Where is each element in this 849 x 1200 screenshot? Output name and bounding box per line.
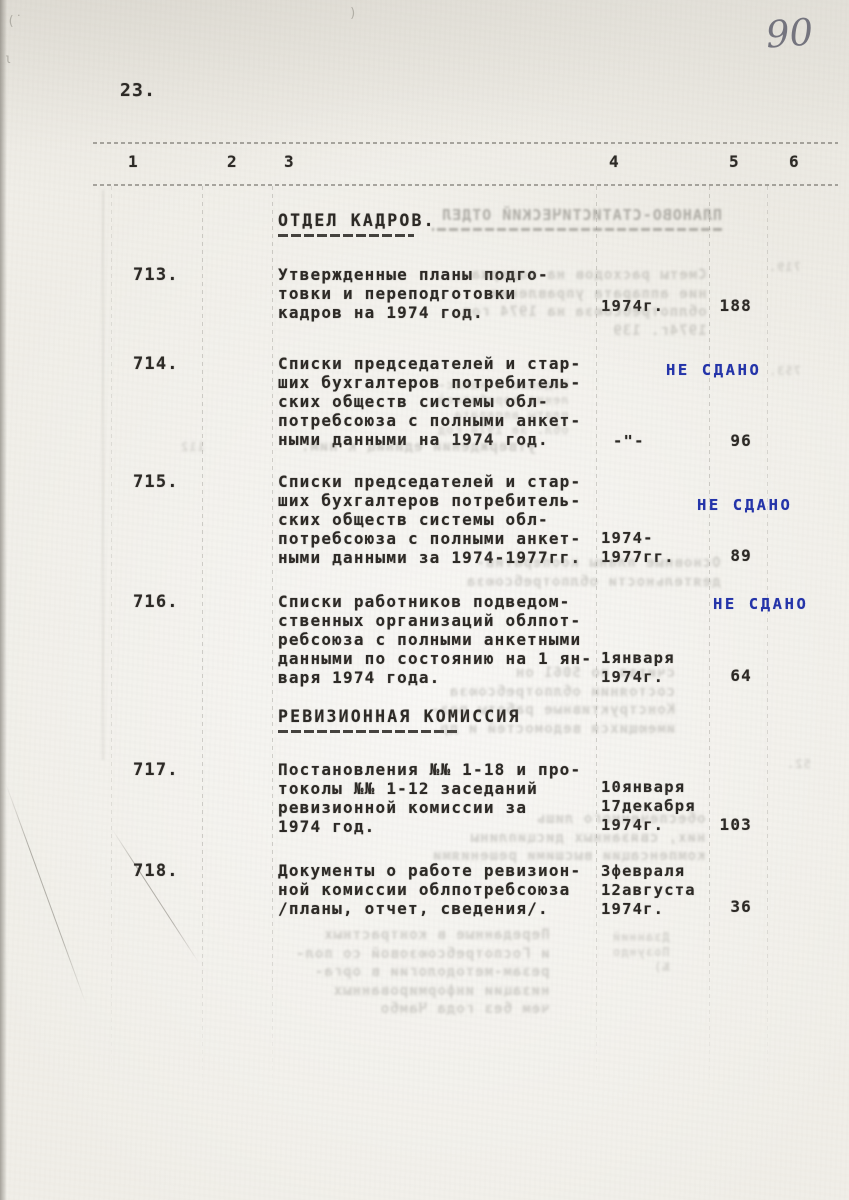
desc-line: Списки председателей и стар- — [278, 354, 581, 373]
column-number-6: 6 — [789, 152, 800, 171]
table-header-rule-bottom — [93, 184, 838, 186]
entry-sheet-count: 64 — [700, 666, 752, 685]
ghost-line: состоянии облпотребсоюза — [430, 683, 675, 702]
date-line: 12августа — [601, 881, 696, 900]
scanned-archive-inventory-page: { "document": { "page_number": "23.", "f… — [0, 0, 849, 1200]
date-line: 1974- — [601, 529, 675, 548]
ghost-line: Переданные в контрастных — [295, 926, 550, 945]
scan-left-edge-shadow — [0, 0, 7, 1200]
ghost-line: них, связанных дисциплины — [432, 829, 705, 848]
ghost-line: №) — [612, 960, 670, 975]
desc-line: ших бухгалтеров потребитель- — [278, 491, 581, 510]
ghost-underline — [432, 228, 722, 231]
desc-line: токолы №№ 1-12 заседаний — [278, 779, 581, 798]
column-rule — [272, 186, 273, 1090]
date-line: 1974г. — [601, 900, 696, 919]
entry-number: 713. — [133, 265, 179, 285]
entry-number: 716. — [133, 592, 179, 612]
entry-dates: 3февраля 12августа 1974г. — [601, 862, 696, 919]
entry-sheet-count: 96 — [700, 431, 752, 450]
bleed-through-text: Ведомости начис- ления заработной платы … — [437, 378, 569, 438]
entry-dates: -"- — [613, 432, 645, 451]
desc-line: ной комиссии облпотребсоюза — [278, 880, 581, 899]
desc-line: потребсоюза с полными анкет- — [278, 529, 581, 548]
entry-description: Списки председателей и стар- ших бухгалт… — [278, 472, 581, 567]
column-number-1: 1 — [128, 152, 139, 171]
pen-speck: (˙ — [7, 14, 23, 29]
desc-line: /планы, отчет, сведения/. — [278, 899, 581, 918]
pen-speck: ) — [349, 6, 357, 21]
pen-speck: ι — [4, 52, 12, 67]
ne-sdano-stamp: НЕ СДАНО — [697, 496, 792, 514]
ghost-line: 1974г. 139 — [452, 322, 707, 341]
heading-underline — [278, 234, 414, 237]
column-number-4: 4 — [609, 152, 620, 171]
bleed-through-margin-number: 112 — [180, 440, 205, 455]
ghost-line: ние аппарата управления — [452, 285, 707, 304]
bleed-through-text: обеспеченного лишь них, связанных дисцип… — [432, 810, 705, 866]
ghost-line: Конструктивные работы роз- — [430, 701, 675, 720]
ghost-line: ПЛАНОВО-СТАТИСТИЧЕСКИЙ ОТДЕЛ — [420, 206, 722, 225]
table-header-rule-top — [93, 142, 838, 144]
ghost-line: резам-методологии в орга- — [295, 963, 550, 982]
column-number-3: 3 — [284, 152, 295, 171]
ghost-line: Ведомости начис- — [437, 378, 569, 393]
entry-number: 718. — [133, 861, 179, 881]
page-number: 23. — [120, 80, 156, 101]
ghost-line: Сметы расходов на содержа- — [452, 266, 707, 285]
entry-number: 717. — [133, 760, 179, 780]
ghost-line: считая по 5061 он — [430, 664, 675, 683]
ghost-line: облпотребсоюза на 1974 год. — [452, 303, 707, 322]
ne-sdano-stamp: НЕ СДАНО — [713, 595, 808, 613]
ghost-line: утверждении единиц к ним. — [300, 438, 536, 457]
entry-sheet-count: 36 — [700, 897, 752, 916]
desc-line: Постановления №№ 1-18 и про- — [278, 760, 581, 779]
section-heading-otdel-kadrov: ОТДЕЛ КАДРОВ. — [278, 211, 436, 237]
ghost-line: Основные планы кооператив- — [466, 554, 721, 573]
bleed-through-text: считая по 5061 он состоянии облпотребсою… — [430, 664, 675, 738]
bleed-through-margin-number: 719. — [768, 260, 801, 275]
bleed-through-margin-number: 52. — [786, 757, 811, 772]
entry-number: 715. — [133, 472, 179, 492]
ghost-line: чем без года Чамбо — [295, 1000, 550, 1019]
ghost-line: платы аппарата — [437, 408, 569, 423]
desc-line: Списки председателей и стар- — [278, 472, 581, 491]
bleed-through-text: Переданные в контрастных и Госпотребсоюз… — [295, 926, 550, 1019]
desc-line: ственных организаций облпот- — [278, 611, 592, 630]
column-number-2: 2 — [227, 152, 238, 171]
section-title: ОТДЕЛ КАДРОВ. — [278, 211, 436, 230]
ghost-line: и Госпотребсоюзовой со пол- — [295, 945, 550, 964]
entry-number: 714. — [133, 354, 179, 374]
date-line: 10января — [601, 778, 696, 797]
ghost-line: обл. за 1974 год — [437, 423, 569, 438]
ghost-line: Позундо — [612, 945, 670, 960]
desc-line: Списки работников подведом- — [278, 592, 592, 611]
desc-line: ских обществ системы обл- — [278, 510, 581, 529]
column-rule — [202, 186, 203, 1090]
paper-scratch — [112, 829, 199, 962]
bleed-through-margin-number: 753. — [768, 364, 801, 379]
ghost-line: деятельности облпотребсоюза — [466, 573, 721, 592]
paper-crease — [102, 190, 104, 760]
handwritten-folio-number: 90 — [765, 10, 815, 56]
entry-sheet-count: 188 — [700, 296, 752, 315]
ghost-line: низации информированных — [295, 982, 550, 1001]
entry-description: Документы о работе ревизион- ной комисси… — [278, 861, 581, 918]
bleed-through-text: Сметы расходов на содержа- ние аппарата … — [452, 266, 707, 340]
column-rule — [111, 186, 112, 1090]
bleed-through-text: ПЛАНОВО-СТАТИСТИЧЕСКИЙ ОТДЕЛ — [420, 206, 722, 231]
column-rule — [767, 186, 768, 1090]
ghost-line: Дзанний — [612, 930, 670, 945]
column-rule — [709, 186, 710, 1090]
date-line: -"- — [613, 432, 645, 451]
column-number-5: 5 — [729, 152, 740, 171]
ne-sdano-stamp: НЕ СДАНО — [666, 361, 761, 379]
bleed-through-text: Дзанний Позундо №) — [612, 930, 670, 975]
paper-scratch — [5, 783, 86, 1004]
ghost-line: ления заработной — [437, 393, 569, 408]
ghost-line: имеющихся ведомостей и др. — [430, 720, 675, 739]
bleed-through-text: утверждении единиц к ним. — [300, 438, 536, 457]
bleed-through-text: Основные планы кооператив- деятельности … — [466, 554, 721, 591]
ghost-line: компенсации высшими решениями — [432, 847, 705, 866]
desc-line: ребсоюза с полными анкетными — [278, 630, 592, 649]
entry-sheet-count: 103 — [700, 815, 752, 834]
ghost-line: обеспеченного лишь — [432, 810, 705, 829]
